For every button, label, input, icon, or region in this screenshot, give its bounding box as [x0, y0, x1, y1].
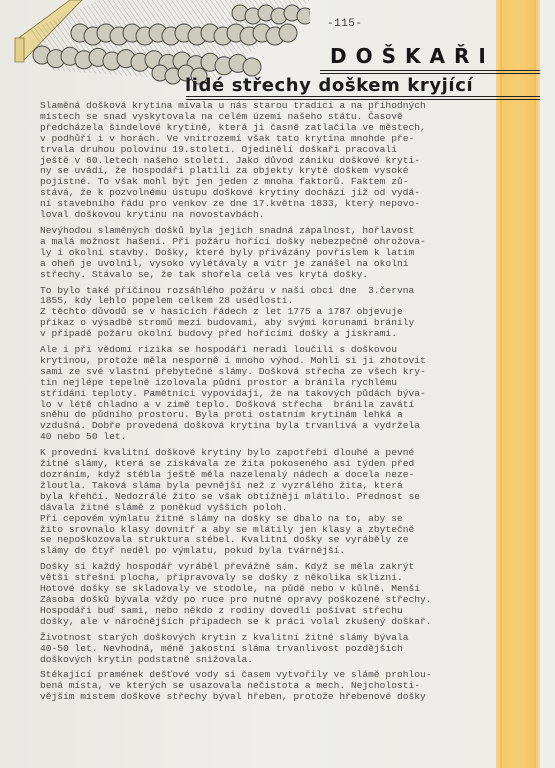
paragraph: To bylo také příčinou rozsáhlého požáru … [40, 286, 502, 308]
text-line: v podhůří i v horách. Ve vnitrozemí však… [40, 134, 502, 145]
paragraph: Ale i při vědomí rizika se hospodáři ner… [40, 345, 502, 443]
paragraph: Došky si každý hospodář vyráběl převážně… [40, 562, 502, 627]
text-line: Při cepovém výmlatu žitné slámy na došky… [40, 514, 502, 525]
text-line: a oheň je uvolnil, vysoko vylétávaly a v… [40, 259, 502, 270]
text-line: trvala druhou polovinu 19.století. Ojedi… [40, 145, 502, 156]
text-line: doškových krytin podstatně snižovala. [40, 655, 502, 666]
text-line: dávala žitné slámě z poněkud vyšších pol… [40, 503, 502, 514]
paragraph: K provední kvalitní doškové krytiny bylo… [40, 448, 502, 513]
paragraph: Z těchto důvodů se v hasicích řádech z l… [40, 307, 502, 340]
paragraph: Životnost starých doškových krytin z kva… [40, 633, 502, 666]
page-edge [540, 0, 555, 768]
title-rule [320, 73, 540, 74]
page-subtitle: lidé střechy doškem kryjící [185, 75, 473, 96]
paragraph: Stékající pramének dešťové vody si časem… [40, 670, 502, 703]
paragraph: Nevýhodou slaměných došků byla jejich sn… [40, 226, 502, 281]
text-line: v případě požáru okolní budovy před hoří… [40, 329, 502, 340]
text-line: slámy do čtyř neděl po výmlatu, pokud by… [40, 546, 502, 557]
text-line: střechy. Stávalo se, že tak shořela celá… [40, 270, 502, 281]
article-body: Slaměná došková krytina mívala u nás sta… [40, 101, 502, 708]
text-line: Životnost starých doškových krytin z kva… [40, 633, 502, 644]
text-line: došky, ale v náročnějších případech se k… [40, 617, 502, 628]
text-line: vějším místem doškové střechy býval hřeb… [40, 692, 502, 703]
title-rule [320, 70, 540, 71]
paragraph: Při cepovém výmlatu žitné slámy na došky… [40, 514, 502, 558]
page-title: DOŠKAŘI [330, 44, 550, 68]
text-line: střídání teploty. Pamětníci vypovídají, … [40, 389, 502, 400]
paragraph: Slaměná došková krytina mívala u nás sta… [40, 101, 502, 221]
page-number: -115- [327, 18, 363, 30]
text-line: 40 nebo 50 let. [40, 432, 502, 443]
subtitle-rule [186, 96, 540, 97]
yellow-binding-strip [496, 0, 540, 768]
text-line: 40-50 let. Nevhodná, méně jakostní sláma… [40, 644, 502, 655]
text-line: loval doškovou krytinu na novostavbách. [40, 210, 502, 221]
